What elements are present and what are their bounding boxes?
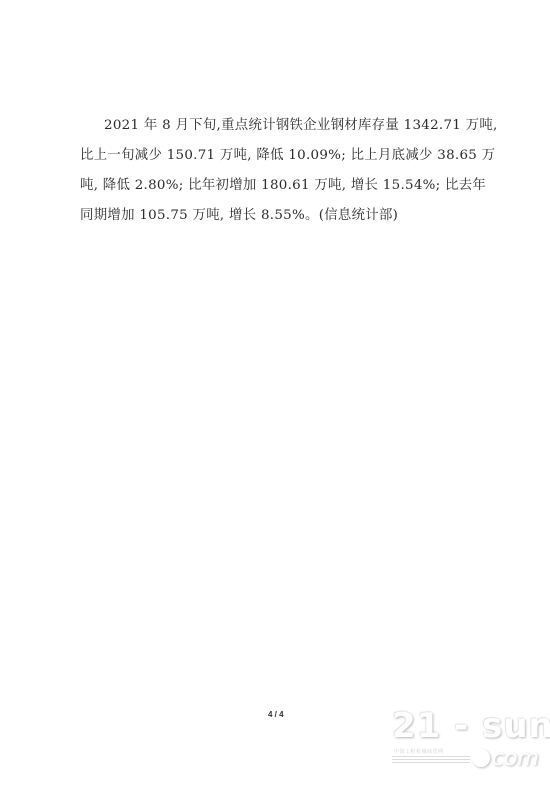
paragraph-line-2: 比上一旬减少 150.71 万吨, 降低 10.09%; 比上月底减少 38.6… (80, 141, 486, 171)
body-paragraph: 2021 年 8 月下旬,重点统计钢铁企业钢材库存量 1342.71 万吨, 比… (80, 111, 486, 231)
watermark-logo: 21 - sun 中国工程机械商贸网 com (384, 706, 544, 776)
paragraph-line-1: 2021 年 8 月下旬,重点统计钢铁企业钢材库存量 1342.71 万吨, (80, 111, 486, 141)
watermark-lines (392, 756, 470, 768)
watermark-small-text: 中国工程机械商贸网 (394, 748, 444, 755)
paragraph-line-4: 同期增加 105.75 万吨, 增长 8.55%。(信息统计部) (80, 201, 486, 231)
page-number: 4 / 4 (268, 710, 284, 719)
document-page: 2021 年 8 月下旬,重点统计钢铁企业钢材库存量 1342.71 万吨, 比… (0, 0, 550, 785)
swirl-icon (472, 749, 490, 767)
paragraph-line-3: 吨, 降低 2.80%; 比年初增加 180.61 万吨, 增长 15.54%;… (80, 171, 486, 201)
watermark-brand: 21 - sun (392, 706, 550, 746)
watermark-domain-text: com (492, 746, 539, 771)
